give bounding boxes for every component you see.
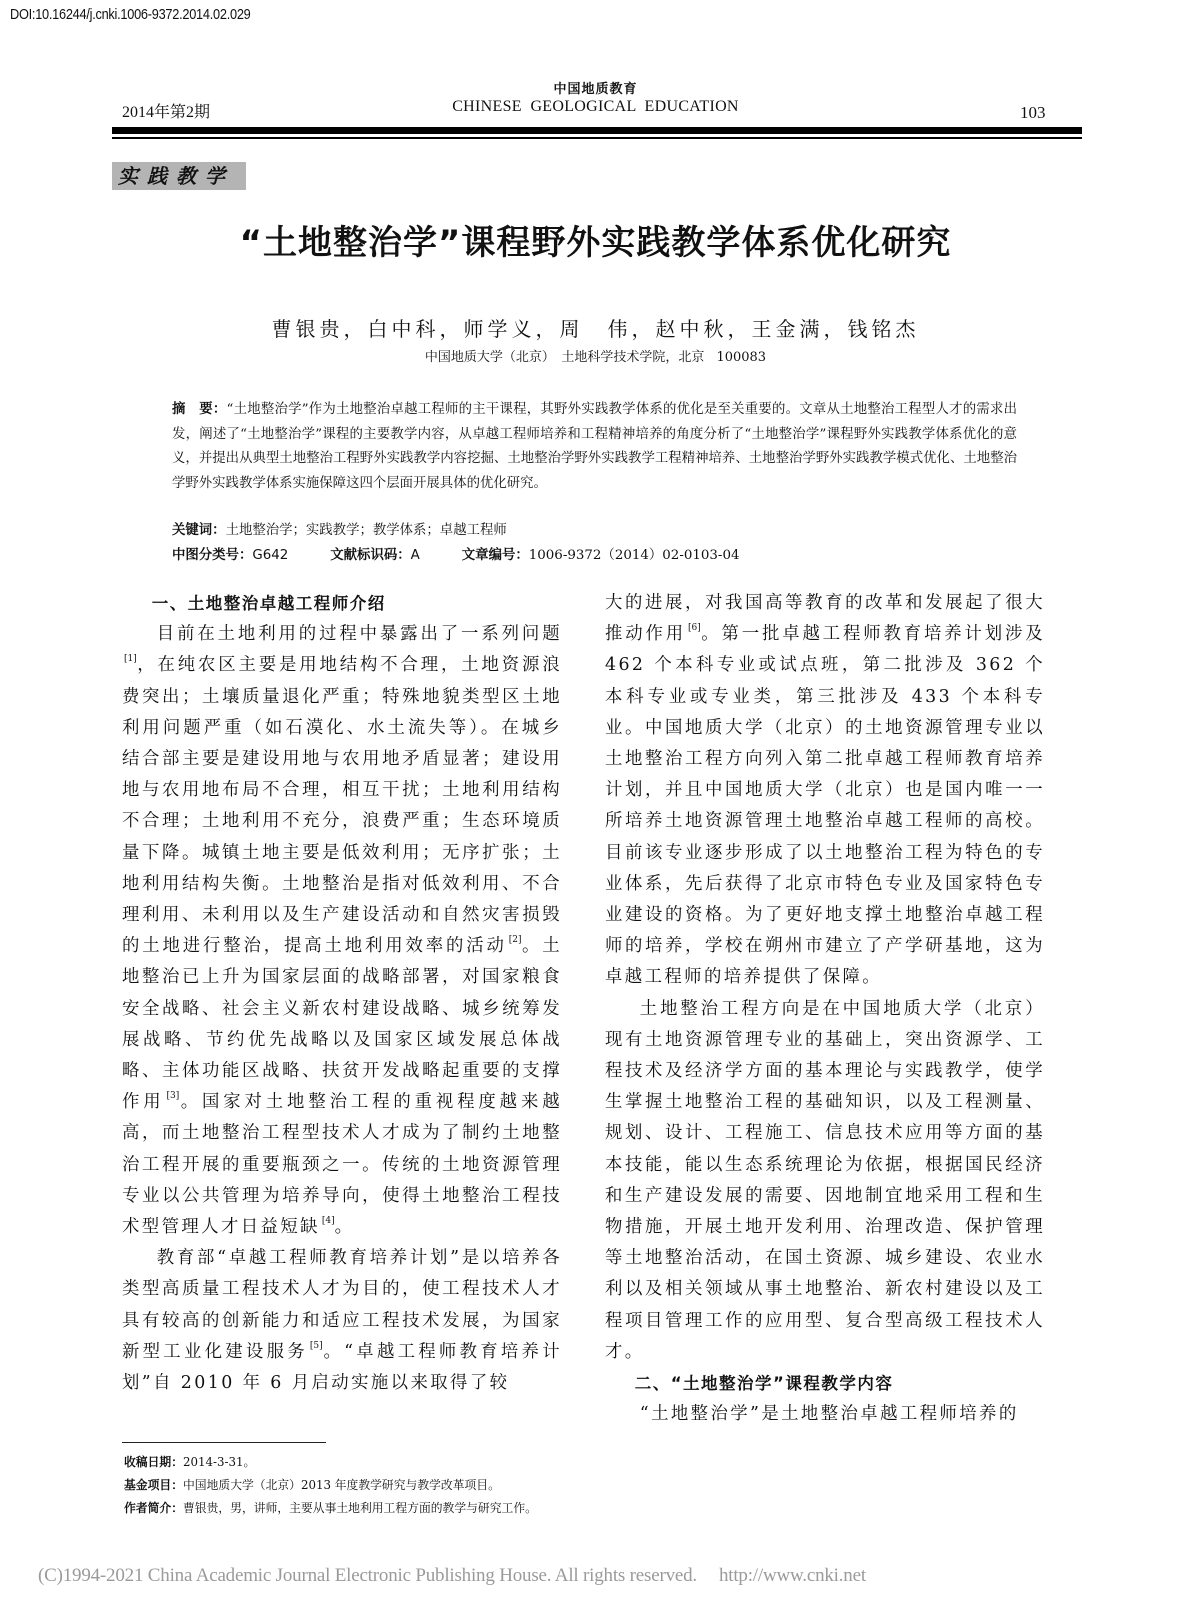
abstract: 摘 要：“土地整治学”作为土地整治卓越工程师的主干课程，其野外实践教学体系的优化… — [172, 398, 1017, 496]
footnote-label: 基金项目： — [124, 1478, 183, 1492]
keywords-text: 土地整治学；实践教学；教学体系；卓越工程师 — [226, 523, 507, 538]
paragraph: 大的进展，对我国高等教育的改革和发展起了很大推动作用[6]。第一批卓越工程师教育… — [605, 588, 1045, 994]
paragraph: 土地整治工程方向是在中国地质大学（北京）现有土地资源管理专业的基础上，突出资源学… — [605, 994, 1045, 1368]
article-no-label: 文章编号： — [462, 548, 529, 563]
footnote-text: 2014-3-31。 — [183, 1455, 255, 1469]
article-title: “土地整治学”课程野外实践教学体系优化研究 — [0, 215, 1191, 264]
keywords-line: 关键词：土地整治学；实践教学；教学体系；卓越工程师 — [172, 519, 507, 538]
page-number: 103 — [1020, 103, 1046, 123]
section-heading-2: 二、“土地整治学”课程教学内容 — [605, 1368, 1045, 1399]
abstract-text: “土地整治学”作为土地整治卓越工程师的主干课程，其野外实践教学体系的优化是至关重… — [172, 402, 1017, 491]
paragraph: 教育部“卓越工程师教育培养计划”是以培养各类型高质量工程技术人才为目的，使工程技… — [122, 1243, 562, 1399]
doc-code-label: 文献标识码： — [330, 548, 410, 563]
footnote-text: 曹银贵，男，讲师，主要从事土地利用工程方面的教学与研究工作。 — [183, 1501, 537, 1515]
abstract-label: 摘 要： — [172, 402, 227, 417]
header-rule-thin — [112, 137, 1082, 139]
paragraph-text: 。国家对土地整治工程的重视程度越来越高，而土地整治工程型技术人才成为了制约土地整… — [122, 1092, 562, 1237]
clc-value: G642 — [252, 548, 288, 563]
paragraph-text: 。 — [335, 1217, 355, 1237]
keywords-label: 关键词： — [172, 523, 226, 538]
clc-label: 中图分类号： — [172, 548, 252, 563]
body-column-right: 大的进展，对我国高等教育的改革和发展起了很大推动作用[6]。第一批卓越工程师教育… — [605, 588, 1045, 1430]
affiliation-name: 中国地质大学（北京） 土地科学技术学院，北京 — [425, 350, 705, 365]
copyright-text: (C)1994-2021 China Academic Journal Elec… — [38, 1565, 697, 1586]
author-list: 曹银贵，白中科，师学义，周 伟，赵中秋，王金满，钱铭杰 — [0, 313, 1191, 342]
doc-code-value: A — [411, 548, 420, 563]
footnote-text: 中国地质大学（北京）2013 年度教学研究与教学改革项目。 — [183, 1478, 500, 1492]
footnote-author: 作者简介：曹银贵，男，讲师，主要从事土地利用工程方面的教学与研究工作。 — [124, 1497, 537, 1520]
paragraph-text: 。土地整治已上升为国家层面的战略部署，对国家粮食安全战略、社会主义新农村建设战略… — [122, 936, 562, 1112]
paragraph: “土地整治学”是土地整治卓越工程师培养的 — [605, 1399, 1045, 1430]
citation-ref: [2] — [509, 935, 522, 945]
body-column-left: 一、土地整治卓越工程师介绍 目前在土地利用的过程中暴露出了一系列问题[1]，在纯… — [122, 588, 562, 1399]
citation-ref: [6] — [688, 623, 701, 633]
section-heading-1: 一、土地整治卓越工程师介绍 — [122, 588, 562, 619]
affiliation: 中国地质大学（北京） 土地科学技术学院，北京100083 — [0, 346, 1191, 365]
paragraph-text: 。第一批卓越工程师教育培养计划涉及 462 个本科专业或试点班，第二批涉及 36… — [605, 624, 1045, 987]
footnotes: 收稿日期：2014-3-31。 基金项目：中国地质大学（北京）2013 年度教学… — [124, 1451, 537, 1520]
doi-line: DOI:10.16244/j.cnki.1006-9372.2014.02.02… — [10, 6, 250, 23]
footnote-received: 收稿日期：2014-3-31。 — [124, 1451, 537, 1474]
journal-name-english: CHINESE GEOLOGICAL EDUCATION — [0, 98, 1191, 116]
column-tag: 实践教学 — [112, 162, 246, 190]
paragraph-text: 目前在土地利用的过程中暴露出了一系列问题 — [157, 624, 562, 644]
paragraph-text: ，在纯农区主要是用地结构不合理，土地资源浪费突出；土壤质量退化严重；特殊地貌类型… — [122, 655, 562, 956]
footnote-label: 收稿日期： — [124, 1455, 183, 1469]
citation-ref: [4] — [322, 1216, 335, 1226]
footnote-fund: 基金项目：中国地质大学（北京）2013 年度教学研究与教学改革项目。 — [124, 1474, 537, 1497]
citation-ref: [1] — [124, 654, 137, 664]
header-rule-thick — [112, 127, 1082, 134]
classification-line: 中图分类号：G642文献标识码：A文章编号：1006-9372（2014）02-… — [172, 544, 740, 563]
copyright-watermark: (C)1994-2021 China Academic Journal Elec… — [38, 1565, 866, 1587]
citation-ref: [3] — [167, 1091, 180, 1101]
journal-name-chinese: 中国地质教育 — [0, 78, 1191, 97]
footnote-label: 作者简介： — [124, 1501, 183, 1515]
copyright-url[interactable]: http://www.cnki.net — [719, 1565, 866, 1586]
paragraph: 目前在土地利用的过程中暴露出了一系列问题[1]，在纯农区主要是用地结构不合理，土… — [122, 619, 562, 1243]
citation-ref: [5] — [310, 1341, 323, 1351]
article-no-value: 1006-9372（2014）02-0103-04 — [529, 548, 740, 563]
affiliation-postcode: 100083 — [716, 350, 766, 365]
footnote-rule — [122, 1442, 326, 1443]
